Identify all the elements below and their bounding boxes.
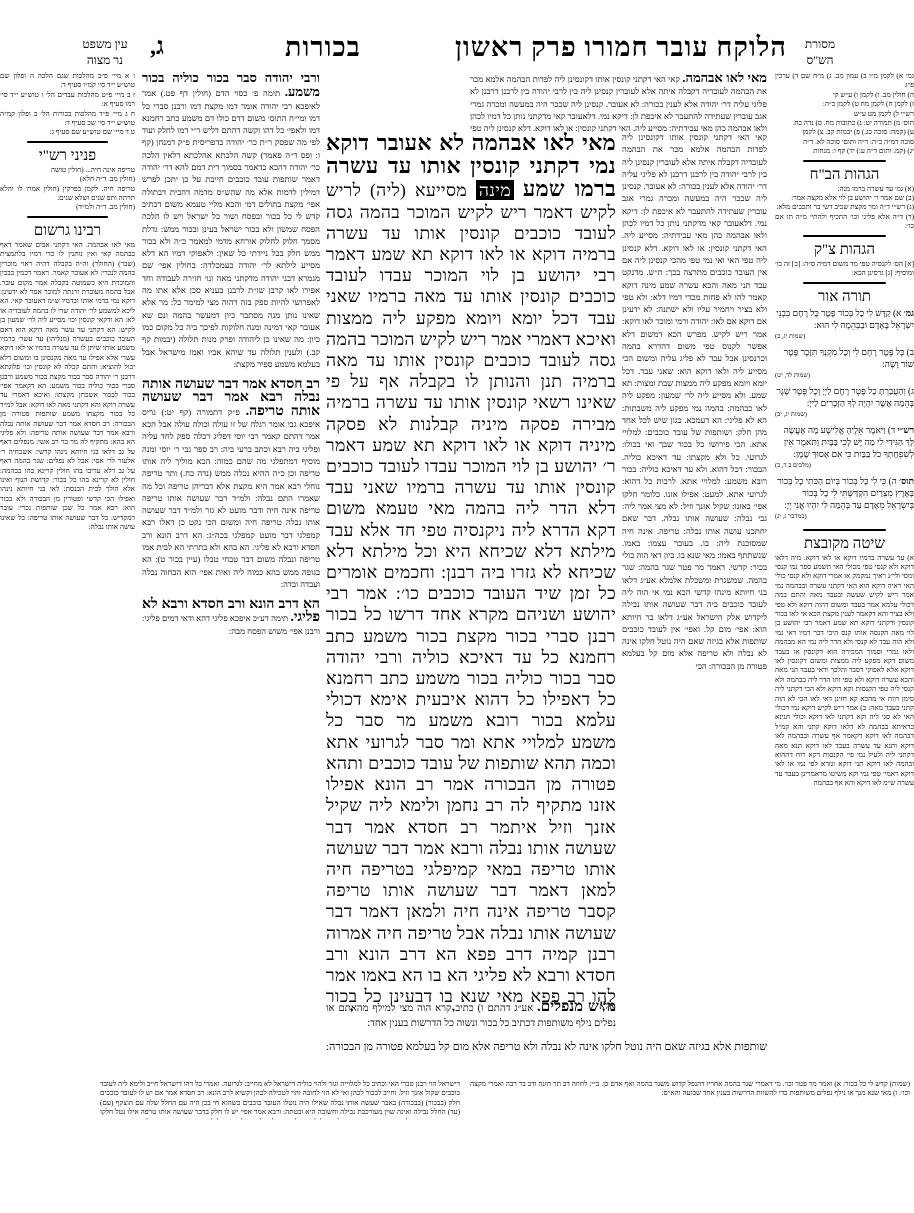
torah-or-label: תוס׳ xyxy=(899,476,914,486)
torah-or-verse: ה) כִּי לִי כָּל בְּכוֹר בְּיוֹם הַכֹּתִ… xyxy=(777,476,914,510)
torah-or-entry: גמ׳ א) קַדֶּשׁ לִי כָל בְּכוֹר פֶּטֶר כָ… xyxy=(775,307,914,343)
hagahot-habach-title: הגהות הב"ח xyxy=(775,165,914,185)
masoret-entry: ע) (קמה: סוכה כג.) פ) יבמות קב. צ) לקמן xyxy=(775,128,914,137)
ornament-divider xyxy=(0,138,135,146)
masoret-entry: סוכה דמ״ה כ״ה: ד״ה ותום׳ סוכה לא. ד״ה xyxy=(775,138,914,147)
ornament-divider xyxy=(775,526,914,534)
masoret-header: מסורת הש"ס xyxy=(770,36,870,68)
pninei-rashi-entry: (חולין מב. ד״ה ולמ״ד) xyxy=(0,203,135,212)
torah-or-verse: ג) וְהַעֲבַרְתָּ כָל פֶּטֶר רֶחֶם לַיְיָ… xyxy=(776,386,914,408)
torah-or-entry: תוס׳ ה) כִּי לִי כָּל בְּכוֹר בְּיוֹם הַ… xyxy=(775,475,914,523)
pninei-rashi-entry: טריפה חיה. לקמן בפרקין (חולין אמרו לו וה… xyxy=(0,185,135,204)
rashi-opener: מאי לאו אבהמה. xyxy=(682,72,767,85)
ein-mishpat-entry: ח ג מיי׳ פ״ד מהלכות בכורות הל׳ ב ופלון ק… xyxy=(0,110,135,129)
hashas-label: הש"ס xyxy=(770,52,870,68)
hagahot-habach: (א) גמ׳ עד עשרה ברמו מנה: (ב) שם אמר ר׳ … xyxy=(775,185,914,232)
rashi-tail: שותפות אלא בגיזה שאם היה נוטל חלקו אינה … xyxy=(326,1041,767,1053)
rashi-text-continued: קאי האי דקתני קונסין אותו דקונסינן ליה ל… xyxy=(622,133,767,671)
ein-mishpat-header: עין משפט נר מצוה xyxy=(60,36,150,68)
footnote-right: (שמות) קדש לי כל בכור: א) ואמר מר פטר וכ… xyxy=(470,1080,910,1120)
left-margin: ו א מיי׳ פ״ב מהלכות שגם הלכה ה ופלון שם … xyxy=(0,72,135,1092)
tractate-title: בכורות xyxy=(285,32,361,63)
masoret-entry: יג) (קמ. ותום ד״ה ע:) יד) קף ו: מנחות xyxy=(775,147,914,156)
ein-mishpat-label: עין משפט xyxy=(60,36,150,52)
tosafot-text: תימה פ׳ כסוי הדם (חולין דף פט.) אמר לאיפ… xyxy=(142,89,320,369)
masoret-entry: רש״י ל) לקמן מט ע״ש xyxy=(775,110,914,119)
habach-entry: (ג) רש״י ד״ה ומר מקצת שכיב דשי בר ותכבים… xyxy=(775,203,914,212)
tosafot-text-2: פ״ק דתמורה (קף יט:) גריס איפכא גבי אומר … xyxy=(142,408,320,589)
mareh-tail: אלא xyxy=(599,1002,615,1012)
habach-entry: (ד) ד״ה אלא פליגי וכו׳ התכיף ולהתי׳ מ״ה … xyxy=(775,213,914,232)
rabbeinu-gershom-title: רבינו גרשום xyxy=(0,221,135,241)
shita-mekubetzet-title: שיטה מקובצת xyxy=(775,534,914,554)
torah-or-entry: רש״י ד) וַיֹּאמֶר אֵלֶיהָ אֱלִישָׁע מָה … xyxy=(775,424,914,472)
chapter-header: הלוקח עובר חמורו פרק ראשון xyxy=(455,32,787,63)
masoret-entry: גמ׳ א) לקמן מ״ו ב) עמון מב. ג) מ״ח שם ד)… xyxy=(775,72,914,91)
pninei-rashi-entry: (חולין מב. ד״ה חלא) xyxy=(0,175,135,184)
torah-or-entry: ג) וְהַעֲבַרְתָּ כָל פֶּטֶר רֶחֶם לַיְיָ… xyxy=(775,385,914,421)
masoret-entry: ז) לקמן ח) לקמן מח ט) לקמן כ״ה: xyxy=(775,100,914,109)
rashi-column: קאי האי דקתני קונסין אותו דקונסינן ליה ל… xyxy=(622,132,767,972)
right-margin: גמ׳ א) לקמן מ״ו ב) עמון מב. ג) מ״ח שם ד)… xyxy=(775,72,914,1092)
habach-entry: (ב) שם אמר ר׳ יהושע בן לוי אלא מקצה אמר: xyxy=(775,194,914,203)
ornament-divider xyxy=(775,232,914,240)
torah-or-label: גמ׳ xyxy=(904,308,914,318)
hagahot-tzk-title: הגהות צ"ק xyxy=(775,240,914,260)
torah-or-verse: א) קַדֶּשׁ לִי כָל בְּכוֹר פֶּטֶר כָּל ר… xyxy=(776,308,914,330)
torah-or-label: רש״י xyxy=(897,425,914,435)
minah-highlight: מינה xyxy=(476,180,514,200)
torah-or-verse: ב) כָּל פֶּטֶר רֶחֶם לִי וְכָל מִקְנְךָ … xyxy=(784,347,914,369)
ornament-divider xyxy=(0,213,135,221)
ein-mishpat-entry: ו א מיי׳ פ״ב מהלכות שגם הלכה ה ופלון שם … xyxy=(0,72,135,91)
ein-mishpat-entry: ז ב מיי׳ פ״ט מהלכות עבדים הל׳ ו טוש״ע י״… xyxy=(0,91,135,110)
torah-or-ref: (שמות יג, יב) xyxy=(775,409,914,421)
rabbeinu-gershom-text: מאי לאו אבהמה. האי דקתני אבים שאמר דאף ב… xyxy=(0,241,135,1021)
pninei-rashi: טריפה אינה חיה... (חולין טושה (חולין מב.… xyxy=(0,166,135,213)
ein-mishpat: ו א מיי׳ פ״ב מהלכות שגם הלכה ה ופלון שם … xyxy=(0,72,135,138)
torah-or-ref: (במדבר ג, יג) xyxy=(775,511,914,523)
footnote-left: דישראל הוי רבנן סברי האי וכתיב כל למלויי… xyxy=(100,1080,460,1120)
torah-or-verse: ד) וַיֹּאמֶר אֵלֶיהָ אֱלִישָׁע מָה אֶעֱש… xyxy=(784,425,914,459)
rashi-bottom-line: שותפות אלא בגיזה שאם היה נוטל חלקו אינה … xyxy=(326,1040,767,1070)
daf-number: ג, xyxy=(150,34,164,61)
ner-mitzvah-label: נר מצוה xyxy=(60,52,150,68)
torah-or-ref: (שמות לד, יט) xyxy=(775,370,914,382)
masoret-entry: ה) חולין מב. ו) לקמן ו) ע״ש קי xyxy=(775,91,914,100)
torah-or-title: תורה אור xyxy=(775,287,914,307)
masoret-hashas: גמ׳ א) לקמן מ״ו ב) עמון מב. ג) מ״ח שם ד)… xyxy=(775,72,914,157)
ein-mishpat-entry: ט ד מיי׳ שם טוש״ע שם סעיף ג: xyxy=(0,128,135,137)
pninei-rashi-entry: טריפה אינה חיה... (חולין טושה xyxy=(0,166,135,175)
shita-mekubetzet-text: א) עד עשרה בדמיו דוקא או לאו דוקא. מיה ד… xyxy=(775,554,914,934)
masoret-entry: תוס׳ מ) תמורה יט: נ) כתובות מח. ס) נדה כ… xyxy=(775,119,914,128)
ornament-divider xyxy=(775,279,914,287)
rashi-top: מאי לאו אבהמה. קאי האי דקתני קונסין אותו… xyxy=(470,72,767,132)
torah-or: גמ׳ א) קַדֶּשׁ לִי כָל בְּכוֹר פֶּטֶר כָ… xyxy=(775,307,914,523)
lower-right-note: אלא xyxy=(470,1000,615,1036)
torah-or-ref: (מלכים ב ד, ב) xyxy=(775,460,914,472)
masoret-label: מסורת xyxy=(770,36,870,52)
ornament-divider xyxy=(775,157,914,165)
gemara-body: מסייעא (ליה) לריש לקיש דאמר ריש לקיש המו… xyxy=(326,180,616,1012)
torah-or-entry: ב) כָּל פֶּטֶר רֶחֶם לִי וְכָל מִקְנְךָ … xyxy=(775,346,914,382)
gemara-text: מאי לאו אבהמה לא אעובר דוקא נמי דקתני קו… xyxy=(326,132,616,1012)
hagahot-tzk-text: [א] הס׳ לקנסיה טפי מד משום דמיה ס״ה: [ב]… xyxy=(775,260,914,279)
tosafot-column: ורבי יהודה סבר בכור כוליה בכור משמע. תימ… xyxy=(142,72,320,1002)
habach-entry: (א) גמ׳ עד עשרה ברמו מנה: xyxy=(775,185,914,194)
torah-or-ref: (שמות יג, ב) xyxy=(775,331,914,343)
pninei-rashi-title: פניני רש"י xyxy=(0,146,135,166)
